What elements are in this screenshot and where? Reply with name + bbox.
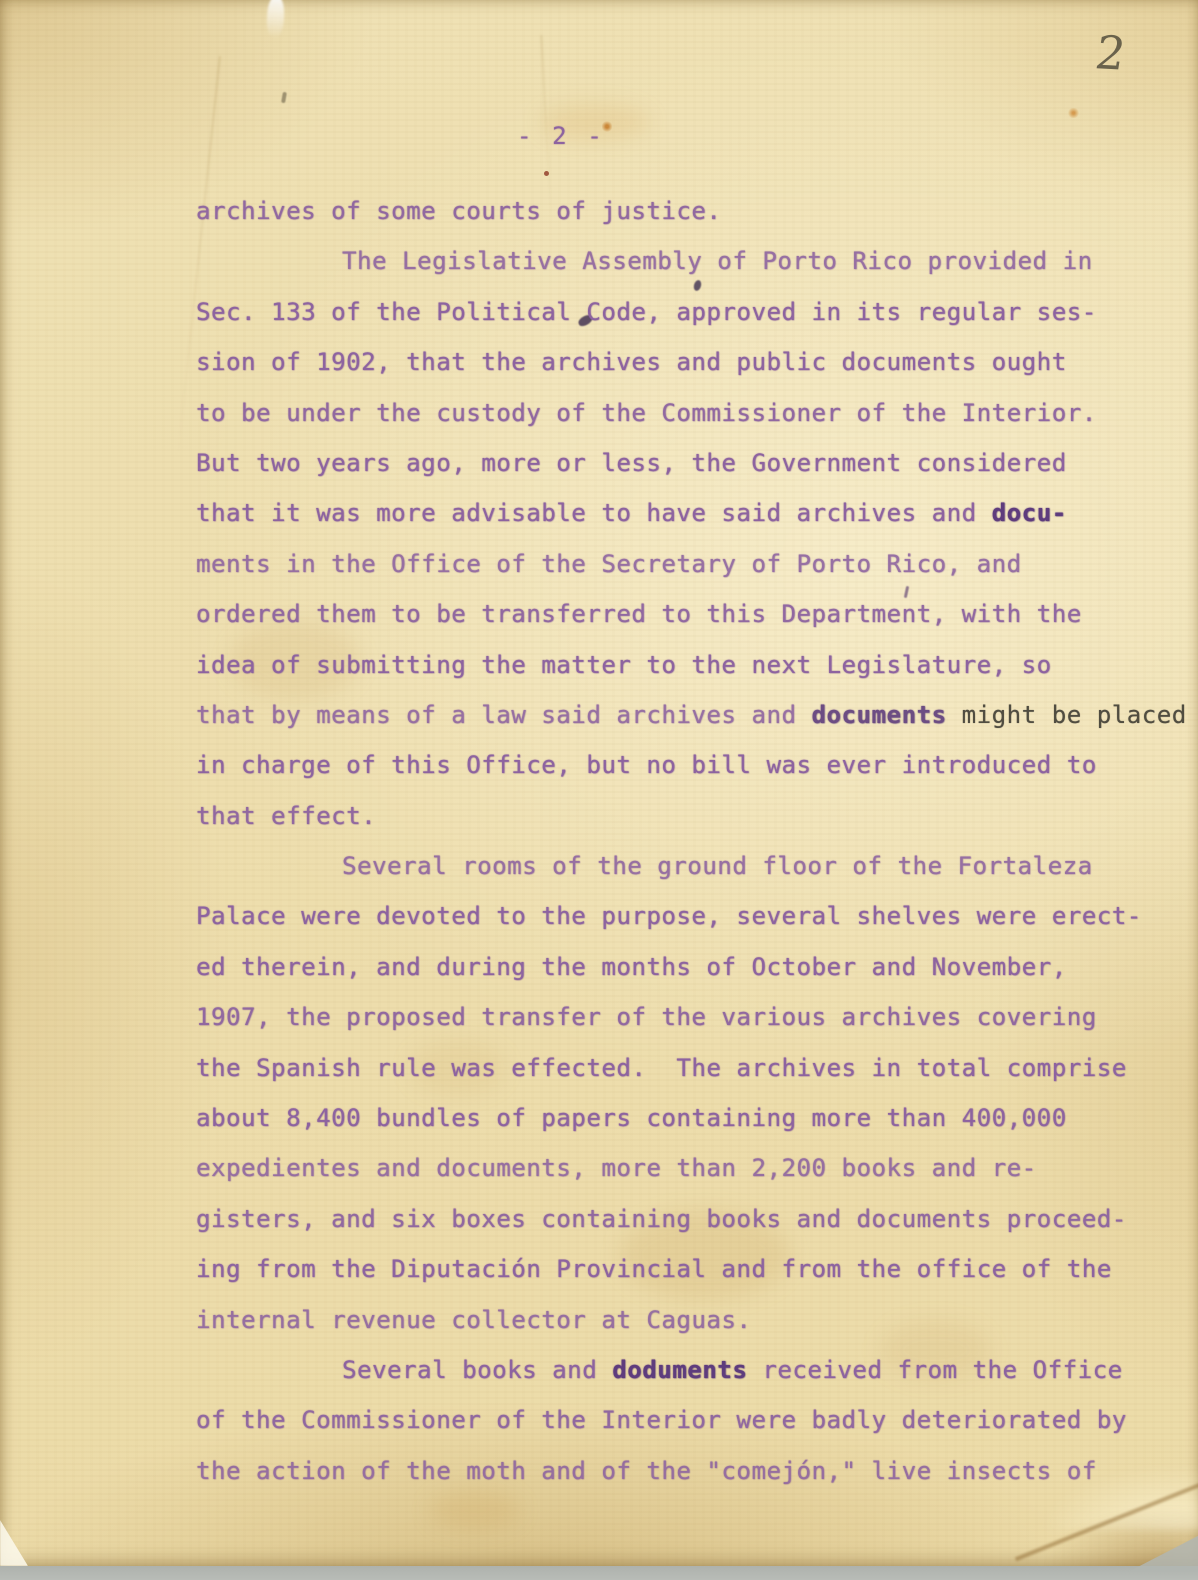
typed-segment: Several rooms of the ground floor of the… — [342, 852, 1093, 880]
typed-line: in charge of this Office, but no bill wa… — [196, 740, 1196, 790]
typed-line: that by means of a law said archives and… — [196, 690, 1196, 740]
typed-line: ordered them to be transferred to this D… — [196, 589, 1196, 639]
typed-line: archives of some courts of justice. — [196, 186, 1196, 236]
typed-segment: received from the Office — [747, 1356, 1122, 1384]
typed-segment: ing from the Diputación Provincial and f… — [196, 1255, 1112, 1283]
typed-line: the action of the moth and of the "comej… — [196, 1446, 1196, 1496]
typed-segment: about 8,400 bundles of papers containing… — [196, 1104, 1067, 1132]
typed-line: sion of 1902, that the archives and publ… — [196, 337, 1196, 387]
typed-segment: to be under the custody of the Commissio… — [196, 399, 1097, 427]
ink-speck — [281, 92, 287, 104]
typed-segment: 1907, the proposed transfer of the vario… — [196, 1003, 1097, 1031]
scanner-background-strip — [0, 1566, 1198, 1580]
typed-line: that it was more advisable to have said … — [196, 488, 1196, 538]
typed-segment: that by means of a law said archives and — [196, 701, 812, 729]
typed-line: the Spanish rule was effected. The archi… — [196, 1043, 1196, 1093]
typed-segment: gisters, and six boxes containing books … — [196, 1205, 1127, 1233]
typed-insert-black-ink: might be placed — [947, 701, 1187, 729]
typed-line: that effect. — [196, 791, 1196, 841]
typed-line: ed therein, and during the months of Oct… — [196, 942, 1196, 992]
typed-segment-overstruck: doduments — [612, 1356, 747, 1384]
typed-segment: Palace were devoted to the purpose, seve… — [196, 902, 1142, 930]
typed-segment: expedientes and documents, more than 2,2… — [196, 1154, 1037, 1182]
typed-text-block: archives of some courts of justice.The L… — [196, 186, 1196, 1496]
typed-line: Palace were devoted to the purpose, seve… — [196, 891, 1196, 941]
typed-segment: the action of the moth and of the "comej… — [196, 1457, 1097, 1485]
typed-line: gisters, and six boxes containing books … — [196, 1194, 1196, 1244]
typed-page-number: - 2 - — [517, 122, 605, 150]
typed-line: internal revenue collector at Caguas. — [196, 1295, 1196, 1345]
typed-line: expedientes and documents, more than 2,2… — [196, 1143, 1196, 1193]
typed-line: ments in the Office of the Secretary of … — [196, 539, 1196, 589]
typed-segment-overstruck: documents — [812, 701, 947, 729]
folded-corner-bottom-left — [0, 1520, 28, 1566]
typed-segment: Several books and — [342, 1356, 612, 1384]
typed-segment: that effect. — [196, 802, 376, 830]
typed-line: to be under the custody of the Commissio… — [196, 388, 1196, 438]
typed-segment: ordered them to be transferred to this D… — [196, 600, 1082, 628]
typed-segment-overstruck: docu- — [992, 499, 1067, 527]
handwritten-page-number: 2 — [1092, 25, 1130, 80]
typed-line: Several books and doduments received fro… — [196, 1345, 1196, 1395]
typed-line: ing from the Diputación Provincial and f… — [196, 1244, 1196, 1294]
typed-segment: idea of submitting the matter to the nex… — [196, 651, 1052, 679]
typed-line: The Legislative Assembly of Porto Rico p… — [196, 236, 1196, 286]
typed-segment: ed therein, and during the months of Oct… — [196, 953, 1067, 981]
foxing-fleck — [544, 171, 549, 176]
typed-segment: the Spanish rule was effected. The archi… — [196, 1054, 1127, 1082]
paper-tear-mark — [266, 0, 285, 38]
typed-segment: archives of some courts of justice. — [196, 197, 721, 225]
paper-sheet: 2 - 2 - archives of some courts of justi… — [0, 0, 1198, 1567]
typed-line: Several rooms of the ground floor of the… — [196, 841, 1196, 891]
typed-line: Sec. 133 of the Political Code, approved… — [196, 287, 1196, 337]
typed-segment: Sec. 133 of the Political Code, approved… — [196, 298, 1097, 326]
typed-segment: in charge of this Office, but no bill wa… — [196, 751, 1097, 779]
typed-line: about 8,400 bundles of papers containing… — [196, 1093, 1196, 1143]
foxing-fleck — [1068, 108, 1079, 118]
typed-segment: sion of 1902, that the archives and publ… — [196, 348, 1067, 376]
typed-segment: that it was more advisable to have said … — [196, 499, 992, 527]
typed-segment: The Legislative Assembly of Porto Rico p… — [342, 247, 1093, 275]
typed-segment: internal revenue collector at Caguas. — [196, 1306, 751, 1334]
typed-line: of the Commissioner of the Interior were… — [196, 1395, 1196, 1445]
typed-segment: But two years ago, more or less, the Gov… — [196, 449, 1067, 477]
typed-line: But two years ago, more or less, the Gov… — [196, 438, 1196, 488]
typed-segment: of the Commissioner of the Interior were… — [196, 1406, 1127, 1434]
document-scan: 2 - 2 - archives of some courts of justi… — [0, 0, 1198, 1580]
typed-segment: ments in the Office of the Secretary of … — [196, 550, 1022, 578]
typed-line: 1907, the proposed transfer of the vario… — [196, 992, 1196, 1042]
typed-line: idea of submitting the matter to the nex… — [196, 640, 1196, 690]
